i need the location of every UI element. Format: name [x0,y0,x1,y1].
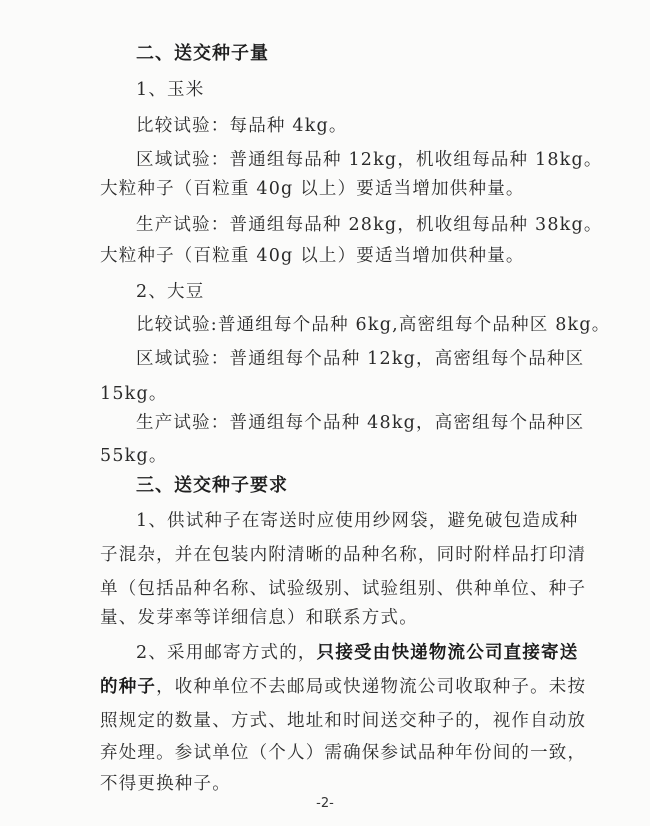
corn-production-trial: 生产试验：普通组每品种 28kg，机收组每品种 38kg。 [136,214,603,236]
requirement-2-line-1: 2、采用邮寄方式的，只接受由快递物流公司直接寄送 [136,642,578,664]
section-heading-seed-requirements: 三、送交种子要求 [136,475,288,497]
requirement-2-line-4: 弃处理。参试单位（个人）需确保参试品种年份间的一致， [100,742,586,764]
soybean-regional-trial: 区域试验：普通组每个品种 12kg，高密组每个品种区 [136,348,584,370]
soybean-production-trial: 生产试验：普通组每个品种 48kg，高密组每个品种区 [136,412,584,434]
soybean-comparison-trial: 比较试验:普通组每个品种 6kg,高密组每个品种区 8kg。 [136,314,610,336]
subsection-title-soybean: 2、大豆 [136,281,204,303]
corn-large-seed-note-1: 大粒种子（百粒重 40g 以上）要适当增加供种量。 [100,178,525,200]
requirement-2-line-3: 照规定的数量、方式、地址和时间送交种子的，视作自动放 [100,710,586,732]
corn-large-seed-note-2: 大粒种子（百粒重 40g 以上）要适当增加供种量。 [100,245,525,267]
corn-regional-trial: 区域试验：普通组每品种 12kg，机收组每品种 18kg。 [136,149,603,171]
subsection-title-corn: 1、玉米 [136,79,204,101]
requirement-1-line-1: 1、供试种子在寄送时应使用纱网袋，避免破包造成种 [136,510,578,532]
requirement-2-line-2-rest: ，收种单位不去邮局或快递物流公司收取种子。未按 [156,677,586,697]
requirement-2-line-2: 的种子，收种单位不去邮局或快递物流公司收取种子。未按 [100,676,586,698]
requirement-2-line-5: 不得更换种子。 [100,773,231,795]
requirement-2-emphasis-part2: 的种子 [100,677,156,697]
requirement-1-line-3: 单（包括品种名称、试验级别、试验组别、供种单位、种子 [100,578,586,600]
requirement-1-line-4: 量、发芽率等详细信息）和联系方式。 [100,607,418,629]
requirement-2-emphasis-part1: 只接受由快递物流公司直接寄送 [317,643,579,663]
requirement-1-line-2: 子混杂，并在包装内附清晰的品种名称，同时附样品打印清 [100,544,586,566]
section-heading-seed-quantity: 二、送交种子量 [136,43,269,65]
soybean-production-trial-cont: 55kg。 [100,445,168,467]
soybean-regional-trial-cont: 15kg。 [100,383,168,405]
page-number: -2- [0,796,650,811]
corn-comparison-trial: 比较试验：每品种 4kg。 [136,115,348,137]
requirement-2-prefix: 2、采用邮寄方式的， [136,643,317,663]
document-page: 二、送交种子量 1、玉米 比较试验：每品种 4kg。 区域试验：普通组每品种 1… [0,0,650,826]
